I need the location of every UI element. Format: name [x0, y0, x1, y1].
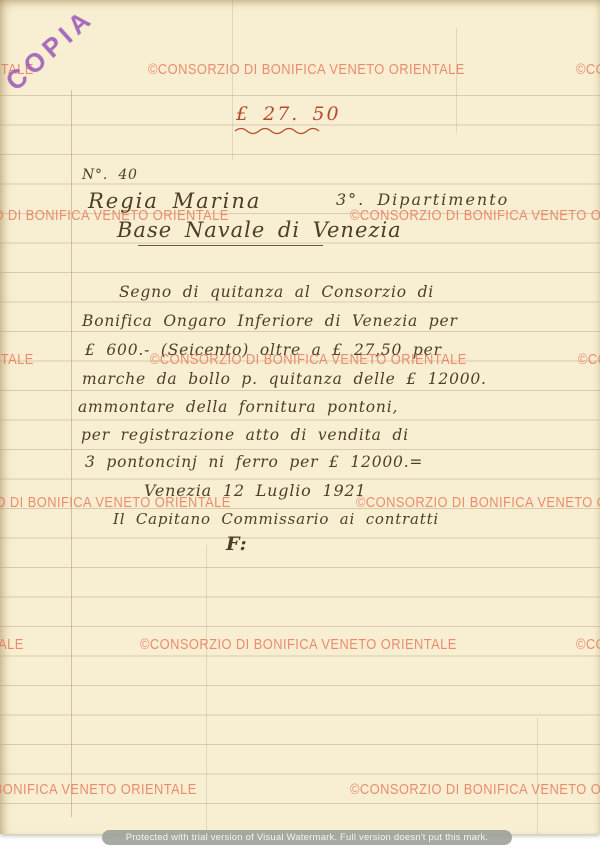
- body-line: 3 pontoncinj ni ferro per £ 12000.=: [85, 453, 423, 471]
- signature-initial: F:: [226, 533, 247, 555]
- amount-heading: £ 27. 50: [236, 103, 341, 125]
- fold-line: [537, 718, 538, 834]
- watermark-row: ©CONSORZIO DI BONIFICA VENETO ORIENTALE …: [0, 782, 600, 797]
- trial-watermark-banner: Protected with trial version of Visual W…: [102, 830, 512, 845]
- fold-line: [456, 28, 457, 133]
- base-name: Base Navale di Venezia: [117, 218, 402, 242]
- wavy-underline: [234, 127, 330, 135]
- date-line: Venezia 12 Luglio 1921: [144, 481, 366, 500]
- org-name: Regia Marina: [88, 189, 261, 213]
- watermark-text: ©CONSORZIO DI BONIFICA VENETO ORIENTALE: [578, 352, 600, 367]
- copia-stamp: COPIA: [0, 2, 100, 97]
- body-line: £ 600.- (Seicento) oltre a £ 27,50 per: [85, 341, 442, 359]
- watermark-row: ©CONSORZIO DI BONIFICA VENETO ORIENTALE …: [0, 62, 600, 77]
- margin-line: [71, 90, 72, 817]
- document-number: N°. 40: [82, 167, 138, 183]
- watermark-text: ©CONSORZIO DI BONIFICA VENETO ORIENTALE: [350, 782, 600, 797]
- watermark-text: ©CONSORZIO DI BONIFICA VENETO ORIENTALE: [356, 495, 600, 510]
- body-line: Segno di quitanza al Consorzio di: [119, 283, 434, 301]
- watermark-text: ©CONSORZIO DI BONIFICA VENETO ORIENTALE: [140, 637, 457, 652]
- fold-line: [232, 0, 233, 160]
- body-line: Bonifica Ongaro Inferiore di Venezia per: [82, 312, 458, 330]
- watermark-text: ©CONSORZIO DI BONIFICA VENETO ORIENTALE: [576, 637, 600, 652]
- watermark-row: ©CONSORZIO DI BONIFICA VENETO ORIENTALE …: [0, 637, 600, 652]
- watermark-text: ©CONSORZIO DI BONIFICA VENETO ORIENTALE: [0, 782, 197, 797]
- department-name: 3°. Dipartimento: [336, 190, 509, 209]
- watermark-text: ©CONSORZIO DI BONIFICA VENETO ORIENTALE: [148, 62, 465, 77]
- scanned-document-page: ©CONSORZIO DI BONIFICA VENETO ORIENTALE …: [0, 0, 600, 848]
- base-name-underline: [138, 245, 323, 246]
- watermark-text: ©CONSORZIO DI BONIFICA VENETO ORIENTALE: [576, 62, 600, 77]
- watermark-text: ©CONSORZIO DI BONIFICA VENETO ORIENTALE: [0, 352, 34, 367]
- paper-sheet: ©CONSORZIO DI BONIFICA VENETO ORIENTALE …: [0, 0, 600, 834]
- body-line: per registrazione atto di vendita di: [81, 426, 409, 444]
- watermark-text: ©CONSORZIO DI BONIFICA VENETO ORIENTALE: [0, 637, 24, 652]
- signature-title: Il Capitano Commissario ai contratti: [113, 510, 439, 528]
- body-line: marche da bollo p. quitanza delle £ 1200…: [82, 370, 487, 388]
- body-line: ammontare della fornitura pontoni,: [78, 398, 398, 416]
